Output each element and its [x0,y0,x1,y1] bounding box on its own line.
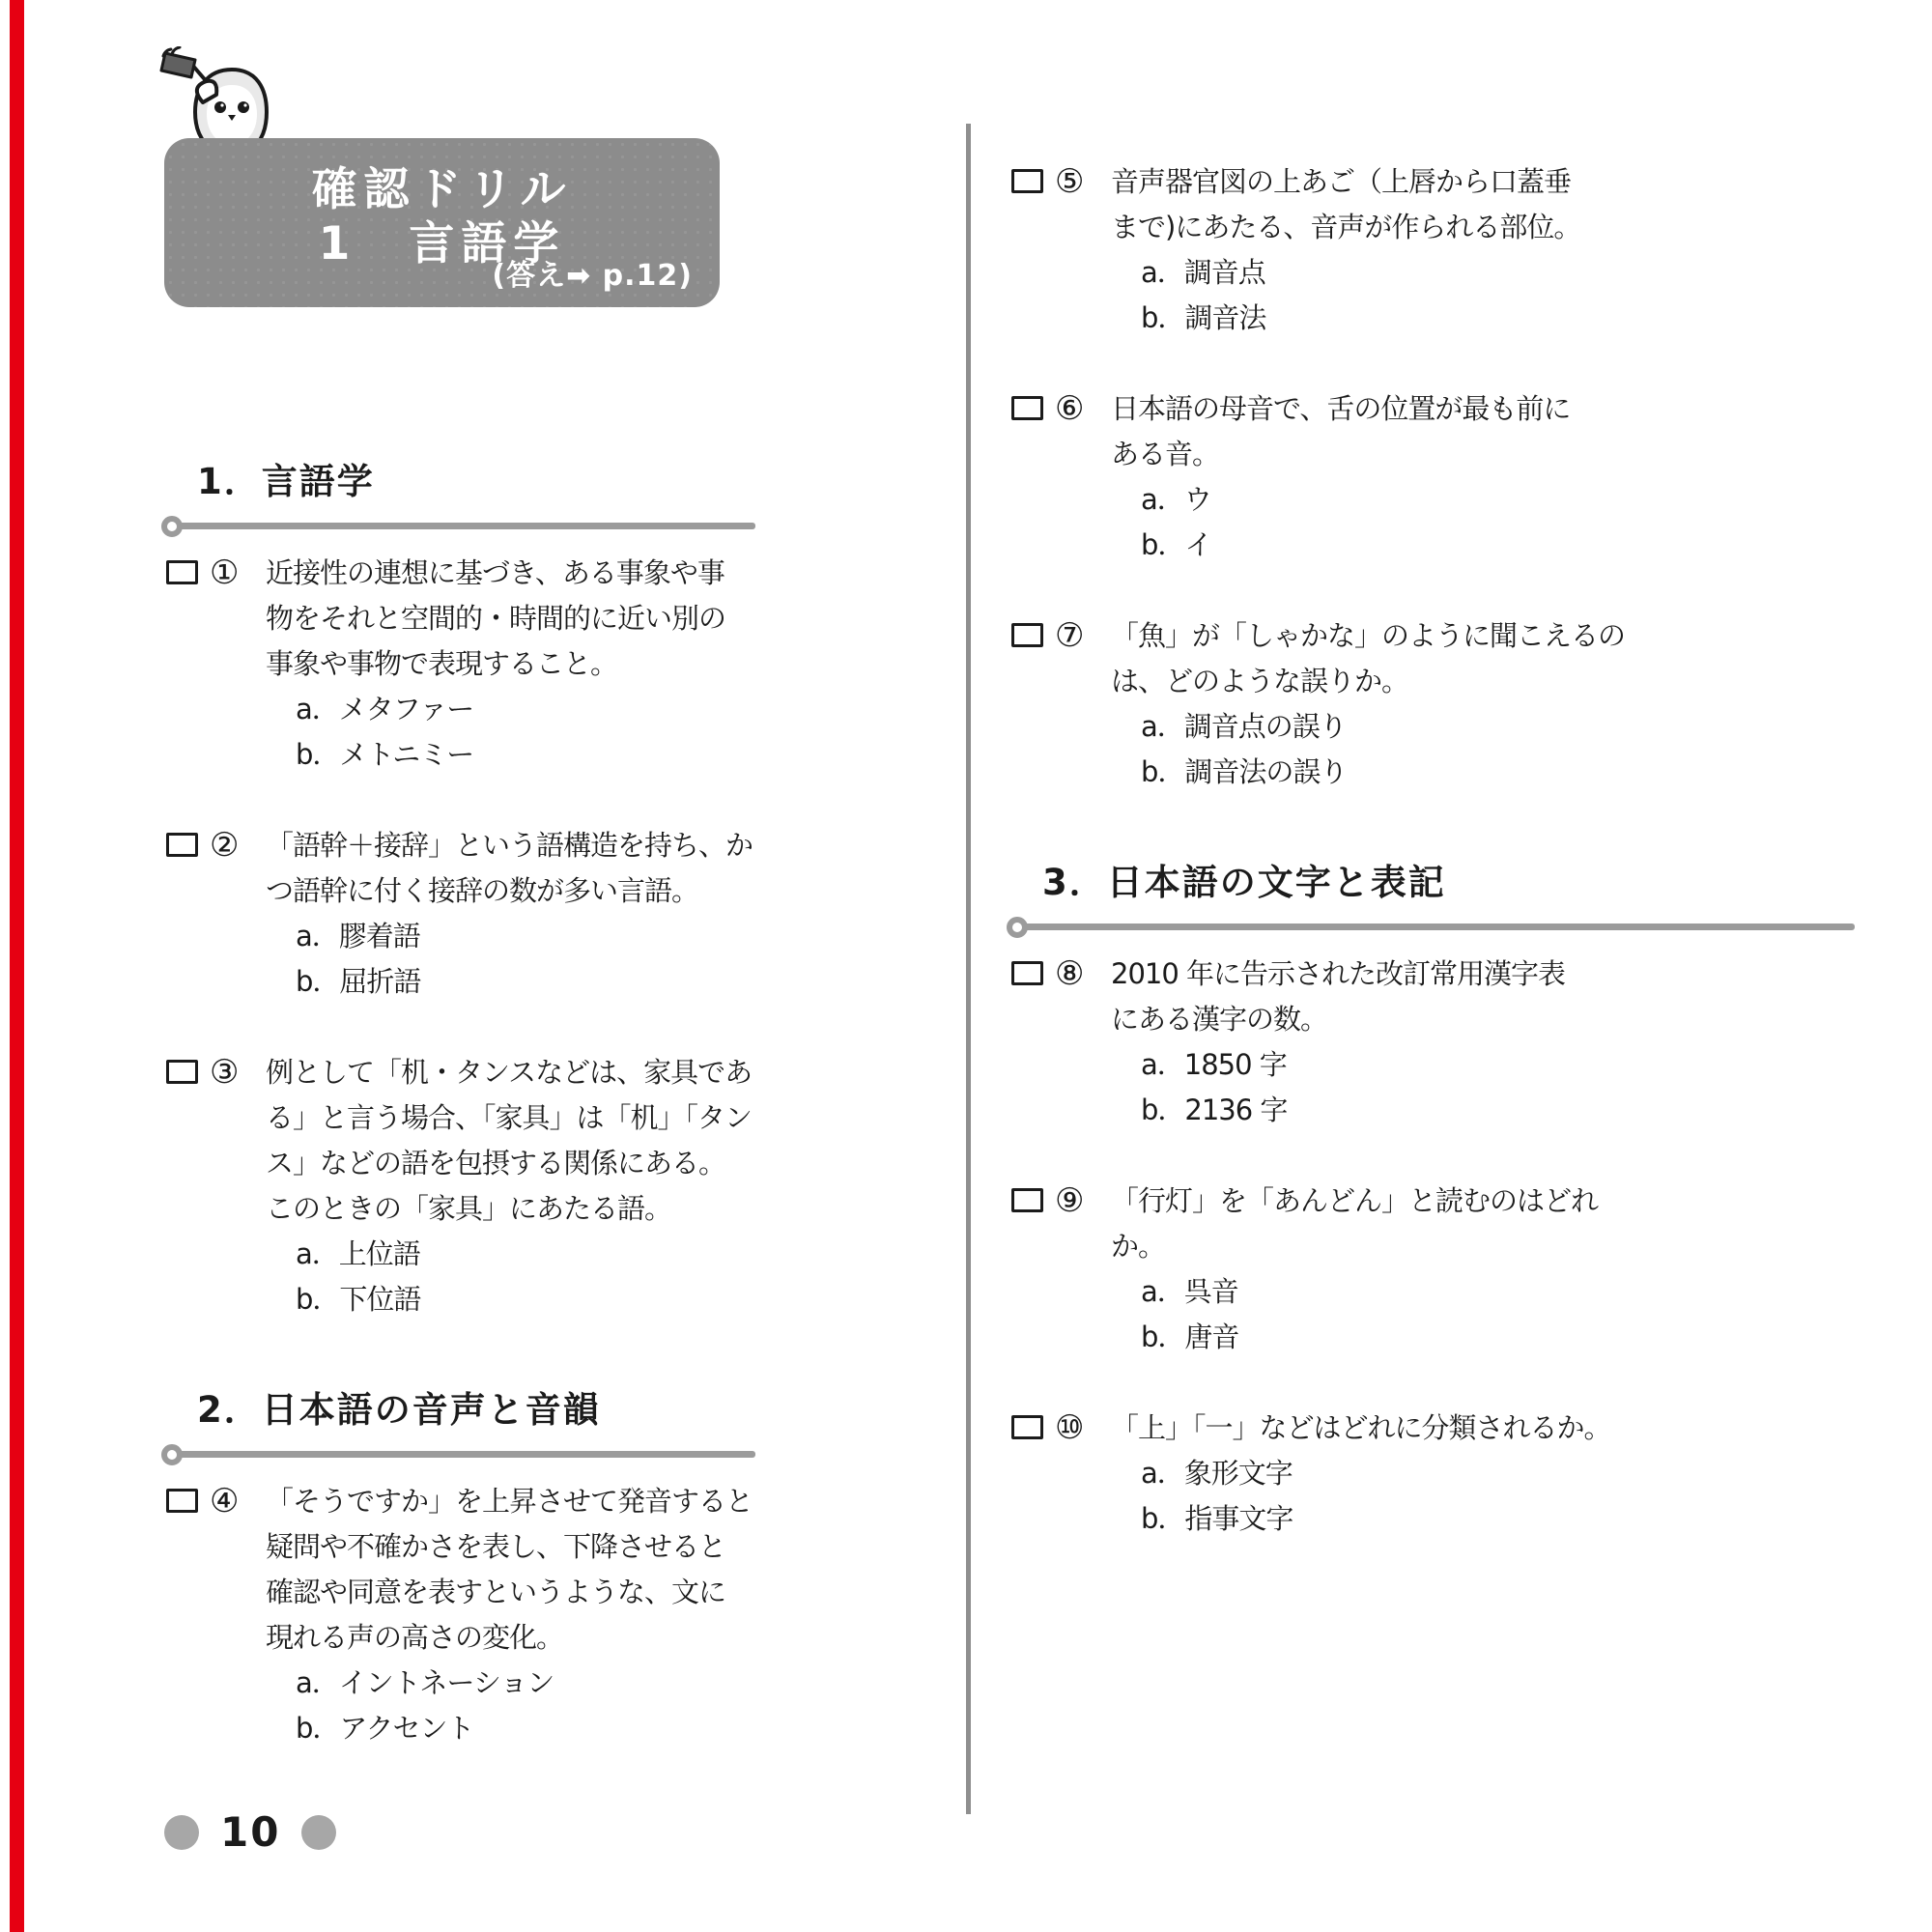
question-option-row: a．呉音 [1009,1269,1855,1315]
question-first-row: ⑨「行灯」を「あんどん」と読むのはどれ [1009,1179,1855,1224]
question-text-line: 「行灯」を「あんどん」と読むのはどれ [1111,1179,1598,1224]
question-block: ⑩「上」「一」などはどれに分類されるか。a．象形文字b．指事文字 [1009,1406,1855,1542]
question-option: a．呉音 [1141,1269,1238,1315]
question-checkbox[interactable] [1011,961,1043,985]
question-text-line: 「魚」が「しゃかな」のように聞こえるの [1111,613,1625,659]
question-text-line: ある音。 [1111,432,1219,477]
question-text-line: 「語幹＋接辞」という語構造を持ち、か [266,823,753,868]
question-option: a．調音点 [1141,250,1265,296]
question-option-row: b．唐音 [1009,1315,1855,1360]
question-number: ⑥ [1055,386,1111,432]
section-heading-block: 3．日本語の文字と表記 [1009,840,1855,930]
section-title: 1．言語学 [164,459,755,505]
question-option-row: a．象形文字 [1009,1451,1855,1496]
question-block: ⑧2010 年に告示された改訂常用漢字表にある漢字の数。a．1850 字b．21… [1009,952,1855,1133]
question-option-row: b．アクセント [164,1706,755,1751]
question-option-row: b．調音法 [1009,296,1855,341]
question-text-line: 現れる声の高さの変化。 [266,1615,563,1661]
question-option-row: b．指事文字 [1009,1496,1855,1542]
question-block: ⑨「行灯」を「あんどん」と読むのはどれか。a．呉音b．唐音 [1009,1179,1855,1360]
question-option: b．指事文字 [1141,1496,1293,1542]
question-text-line: 日本語の母音で、舌の位置が最も前に [1111,386,1570,432]
question-option-row: a．イントネーション [164,1661,755,1706]
question-first-row: ③例として「机・タンスなどは、家具であ [164,1050,755,1095]
section-title: 3．日本語の文字と表記 [1009,860,1855,906]
question-block: ⑥日本語の母音で、舌の位置が最も前にある音。a．ウb．イ [1009,386,1855,568]
question-text-row: つ語幹に付く接辞の数が多い言語。 [164,868,755,914]
question-text-line: 例として「机・タンスなどは、家具であ [266,1050,752,1095]
question-text-row: 事象や事物で表現すること。 [164,641,755,687]
question-first-row: ⑧2010 年に告示された改訂常用漢字表 [1009,952,1855,997]
question-option: a．象形文字 [1141,1451,1293,1496]
flag-icon [161,53,195,77]
question-option-row: b．メトニミー [164,732,755,778]
question-option: b．調音法の誤り [1141,750,1347,795]
question-checkbox[interactable] [166,833,198,857]
question-text-line: 音声器官図の上あご（上唇から口蓋垂 [1111,159,1571,205]
page-number: 10 [220,1808,280,1856]
drill-header-box: 確認ドリル 1 言語学 (答え➡ p.12) [164,138,720,307]
question-option: a．イントネーション [296,1661,554,1706]
question-text-row: 疑問や不確かさを表し、下降させると [164,1524,755,1570]
question-option: b．2136 字 [1141,1088,1287,1133]
question-number: ② [210,823,266,868]
question-text-line: 「そうですか」を上昇させて発音すると [266,1479,753,1524]
question-block: ⑤音声器官図の上あご（上唇から口蓋垂まで)にあたる、音声が作られる部位。a．調音… [1009,159,1855,341]
question-text-line: 近接性の連想に基づき、ある事象や事 [266,551,724,596]
question-option-row: b．下位語 [164,1277,755,1322]
question-number: ⑩ [1055,1406,1111,1451]
question-text-line: にある漢字の数。 [1111,997,1327,1042]
question-checkbox[interactable] [1011,396,1043,420]
question-option: a．ウ [1141,477,1211,523]
section-rule [164,1451,755,1458]
question-block: ⑦「魚」が「しゃかな」のように聞こえるのは、どのような誤りか。a．調音点の誤りb… [1009,613,1855,795]
question-text-line: 物をそれと空間的・時間的に近い別の [266,596,725,641]
question-option-row: a．ウ [1009,477,1855,523]
question-option-row: a．1850 字 [1009,1042,1855,1088]
section-heading-block: 1．言語学 [164,440,755,529]
section-title: 2．日本語の音声と音韻 [164,1387,755,1434]
question-first-row: ⑥日本語の母音で、舌の位置が最も前に [1009,386,1855,432]
question-first-row: ②「語幹＋接辞」という語構造を持ち、か [164,823,755,868]
question-option-row: a．調音点 [1009,250,1855,296]
question-block: ①近接性の連想に基づき、ある事象や事物をそれと空間的・時間的に近い別の事象や事物… [164,551,755,778]
question-checkbox[interactable] [1011,1188,1043,1212]
question-option: b．調音法 [1141,296,1265,341]
question-option: b．屈折語 [296,959,420,1005]
question-text-line: る」と言う場合、「家具」は「机」「タン [266,1095,752,1141]
question-checkbox[interactable] [166,1060,198,1084]
question-text-row: か。 [1009,1224,1855,1269]
question-text-row: る」と言う場合、「家具」は「机」「タン [164,1095,755,1141]
column-divider [966,124,971,1814]
question-option: b．下位語 [296,1277,420,1322]
question-checkbox[interactable] [1011,623,1043,647]
question-text-row: ある音。 [1009,432,1855,477]
question-first-row: ⑤音声器官図の上あご（上唇から口蓋垂 [1009,159,1855,205]
question-number: ⑤ [1055,159,1111,205]
question-text-row: 現れる声の高さの変化。 [164,1615,755,1661]
question-text-line: つ語幹に付く接辞の数が多い言語。 [266,868,698,914]
question-text-line: ス」などの語を包摂する関係にある。 [266,1141,725,1186]
question-option: a．メタファー [296,687,473,732]
question-number: ③ [210,1050,266,1095]
question-text-row: まで)にあたる、音声が作られる部位。 [1009,205,1855,250]
question-block: ②「語幹＋接辞」という語構造を持ち、かつ語幹に付く接辞の数が多い言語。a．膠着語… [164,823,755,1005]
question-first-row: ⑦「魚」が「しゃかな」のように聞こえるの [1009,613,1855,659]
question-text-line: 「上」「一」などはどれに分類されるか。 [1111,1406,1611,1451]
rule-ring-icon [161,516,183,537]
question-number: ⑨ [1055,1179,1111,1224]
question-option-row: a．上位語 [164,1232,755,1277]
question-option: b．メトニミー [296,732,473,778]
question-option-row: b．調音法の誤り [1009,750,1855,795]
section-heading-block: 2．日本語の音声と音韻 [164,1368,755,1458]
question-text-row: 物をそれと空間的・時間的に近い別の [164,596,755,641]
question-number: ④ [210,1479,266,1524]
right-column: ⑤音声器官図の上あご（上唇から口蓋垂まで)にあたる、音声が作られる部位。a．調音… [1009,159,1855,1587]
question-text-row: ス」などの語を包摂する関係にある。 [164,1141,755,1186]
question-number: ⑦ [1055,613,1111,659]
question-option: a．1850 字 [1141,1042,1287,1088]
question-text-line: か。 [1111,1224,1165,1269]
question-text-line: まで)にあたる、音声が作られる部位。 [1111,205,1580,250]
question-text-line: このときの「家具」にあたる語。 [266,1186,671,1232]
question-text-row: にある漢字の数。 [1009,997,1855,1042]
footer-dot-left-icon [164,1815,199,1850]
question-text-line: 2010 年に告示された改訂常用漢字表 [1111,952,1565,997]
question-checkbox[interactable] [1011,1415,1043,1439]
question-text-line: 疑問や不確かさを表し、下降させると [266,1524,725,1570]
question-first-row: ①近接性の連想に基づき、ある事象や事 [164,551,755,596]
question-option: a．膠着語 [296,914,420,959]
question-number: ① [210,551,266,596]
rule-ring-icon [1007,917,1028,938]
question-option: b．アクセント [296,1706,474,1751]
question-checkbox[interactable] [166,1489,198,1513]
question-option-row: a．膠着語 [164,914,755,959]
question-text-row: このときの「家具」にあたる語。 [164,1186,755,1232]
question-option: a．上位語 [296,1232,420,1277]
question-option: b．唐音 [1141,1315,1238,1360]
question-text-row: 確認や同意を表すというような、文に [164,1570,755,1615]
left-edge-red-stripe [10,0,24,1932]
question-option-row: b．イ [1009,523,1855,568]
question-block: ③例として「机・タンスなどは、家具である」と言う場合、「家具」は「机」「タンス」… [164,1050,755,1322]
question-option: b．イ [1141,523,1211,568]
question-option-row: a．調音点の誤り [1009,704,1855,750]
question-first-row: ⑩「上」「一」などはどれに分類されるか。 [1009,1406,1855,1451]
question-option-row: b．2136 字 [1009,1088,1855,1133]
page-footer: 10 [164,1808,336,1856]
left-column: 1．言語学①近接性の連想に基づき、ある事象や事物をそれと空間的・時間的に近い別の… [164,440,755,1797]
question-text-row: は、どのような誤りか。 [1009,659,1855,704]
question-block: ④「そうですか」を上昇させて発音すると疑問や不確かさを表し、下降させると確認や同… [164,1479,755,1751]
question-number: ⑧ [1055,952,1111,997]
answer-page-note: (答え➡ p.12) [492,251,693,294]
footer-dot-right-icon [301,1815,336,1850]
question-option: a．調音点の誤り [1141,704,1347,750]
question-option-row: a．メタファー [164,687,755,732]
section-rule [164,523,755,529]
question-text-line: 確認や同意を表すというような、文に [266,1570,725,1615]
section-rule [1009,923,1855,930]
question-option-row: b．屈折語 [164,959,755,1005]
question-text-line: 事象や事物で表現すること。 [266,641,617,687]
question-checkbox[interactable] [1011,169,1043,193]
question-text-line: は、どのような誤りか。 [1111,659,1408,704]
question-checkbox[interactable] [166,560,198,584]
rule-ring-icon [161,1444,183,1465]
question-first-row: ④「そうですか」を上昇させて発音すると [164,1479,755,1524]
